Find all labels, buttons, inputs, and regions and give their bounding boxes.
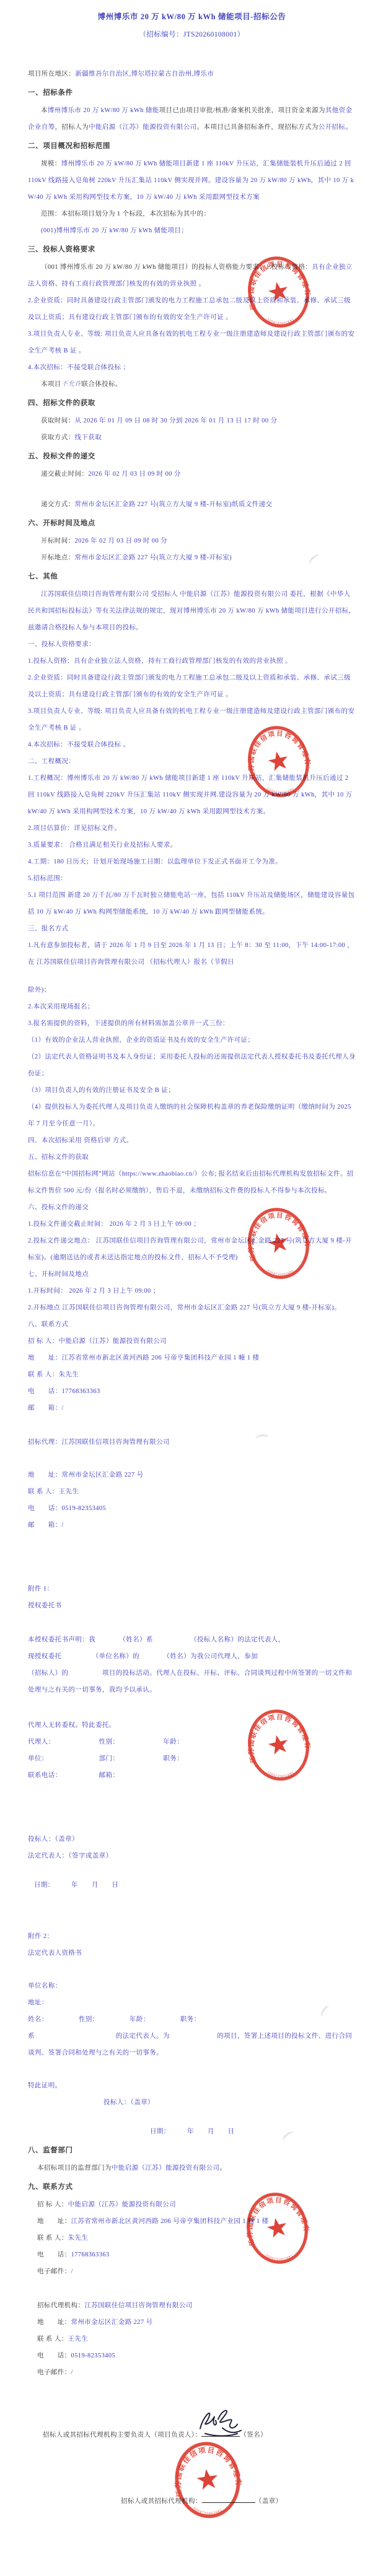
text-run: 附件 1：	[28, 1586, 53, 1592]
doc-paragraph-11: （001 博州博乐市 20 万 kW/80 万 kWh 储能项目）的投标人资格能…	[28, 259, 356, 292]
section-9-header: 九、联系方式	[28, 2178, 356, 2196]
text-run: （2）法定代表人资格证明书及本人身份证；采用委托人投标的还需提供法定代表人授权委…	[28, 1054, 356, 1077]
doc-paragraph-96: 系 的法定代表人。为 的项目，签署上述项目的投标文件、进行合同谈判、签署合同和处…	[28, 2028, 356, 2061]
doc-paragraph-85: 投标人：（盖章）	[28, 1831, 356, 1848]
text-run: 一、招标条件	[28, 89, 73, 97]
doc-paragraph-14: 4.本次招标：不接受联合体投标 ；	[28, 359, 356, 376]
doc-paragraph-37: 4.工期：180 日历天；计划开始现场施工日期：以监理单位下发正式书面开工令为准…	[28, 854, 356, 870]
text-run: 代理人无转委权。特此委托。	[28, 1722, 116, 1729]
text-run: 2.企业资质：同时具备建设行政主管部门颁发的电力工程施工总承包二级及以上资质和承…	[28, 675, 351, 698]
text-run: /	[71, 2369, 73, 2376]
text-run: 本授权委托书声明：我 （姓名）系 （投标人名称）的法定代表人，	[28, 1636, 285, 1643]
doc-paragraph-7: 规模：博州博乐市 20 万 kW/80 万 kWh 储能项目新建 1 座 110…	[28, 155, 356, 206]
doc-paragraph-59: 八、联系方式	[28, 1316, 356, 1333]
text-run: 递交截止时间：	[41, 471, 88, 478]
text-run: 2.开标地点 江苏国联佳信项目咨询管理有限公司，常州市金坛区汇金路 227 号(…	[28, 1304, 341, 1311]
doc-paragraph-24: 开标时间：2026 年 02 月 03 日 09 时 00 分	[28, 533, 356, 549]
blank-gap	[28, 2443, 356, 2493]
text-run: 地址：	[28, 1999, 48, 2006]
blank-gap	[28, 971, 356, 982]
agency-seal-line: 招标人或其招标代理机构：（盖章）	[121, 2493, 356, 2510]
doc-paragraph-71: 邮 箱：/	[28, 1517, 356, 1534]
doc-paragraph-44: 2.本次采用现场报名；	[28, 998, 356, 1015]
text-run: 四、本次招标采用 资格后审 方式。	[28, 1137, 133, 1144]
doc-paragraph-63: 电 话：17768363363	[28, 1383, 356, 1400]
text-run: （001 博州博乐市 20 万 kW/80 万 kWh 储能项目）的投标人资格能…	[41, 264, 312, 271]
doc-paragraph-66: 招标代理：江苏国联佳信项目咨询管理有限公司	[28, 1434, 356, 1451]
text-run: 招标人或其招标代理机构：	[121, 2498, 202, 2505]
doc-paragraph-103: 本招标项目的监督部门为中能启源（江苏）能源投资有限公司。	[37, 2160, 356, 2177]
text-run: 1.工程概况：博州博乐市 20 万 kW/80 万 kWh 储能项目新建 1 座…	[28, 775, 353, 815]
section-3-header: 三、投标人资格要求	[28, 240, 356, 259]
section-1-header: 一、招标条件	[28, 84, 356, 102]
text-run: 现授权委托 （单位名称）的 （姓名）为我公司代理人，参加	[28, 1653, 258, 1660]
blank-gap	[28, 1534, 356, 1581]
doc-paragraph-105: 招 标 人：中能启源（江苏）能源投资有限公司	[37, 2196, 356, 2213]
text-run: 项目已由项目审批/核准/备案机关批准，项目资金来源为	[159, 107, 325, 114]
doc-paragraph-98: 特此证明。	[28, 2077, 356, 2094]
text-run: 。	[219, 2165, 226, 2172]
doc-paragraph-30: 2.企业资质：同时具备建设行政主管部门颁发的电力工程施工总承包二级及以上资质和承…	[28, 670, 356, 703]
text-run: 联 系 人：王先生	[28, 1488, 79, 1495]
text-run: 附件 2：	[28, 1933, 53, 1940]
text-run: 1.投标文件递交截止时间： 2026 年 2 月 3 日上午 09:00 ；	[28, 1221, 200, 1228]
text-run: 王先生	[68, 2336, 89, 2342]
blank-gap	[28, 1893, 356, 1928]
text-run: 电子邮件：	[37, 2268, 71, 2275]
text-run: 本项目	[41, 381, 61, 388]
text-run: （招标人）的 项目的投标活动。代理人在投标、开标、评标、合同谈判过程中所签署的一…	[28, 1670, 352, 1693]
section-8-header: 八、监督部门	[28, 2141, 356, 2160]
text-run: 常州市金坛区汇金路 227 号(筑立方大厦 9 楼-开标室)纸质文件递交	[75, 501, 273, 508]
text-run: 电 话：	[37, 2352, 71, 2359]
doc-paragraph-9: (001)博州博乐市 20 万 kW/80 万 kWh 储能项目；	[28, 222, 356, 239]
text-run: 法定代表人资格书	[28, 1950, 82, 1957]
blank-gap	[28, 2111, 356, 2123]
text-run: 4.工期：180 日历天；计划开始现场施工日期：以监理单位下发正式书面开工令为准…	[28, 858, 282, 865]
text-run: 2.投标文件递交地点： 江苏国联佳信项目咨询管理有限公司，常州市金坛区汇金路 2…	[28, 1238, 352, 1261]
handwritten-signature	[196, 2406, 246, 2438]
doc-paragraph-12: 2.企业资质：同时具备建设行政主管部门颁发的电力工程施工总承包二级及以上资质和承…	[28, 292, 356, 326]
text-run: 招标信息在“中国招标网”网站（https://www.zhaobiao.cn/）…	[28, 1171, 354, 1194]
text-run: 三、投标人资格要求	[28, 246, 95, 253]
text-run: 二、工程概况：	[28, 758, 75, 765]
principal-signature-line: 招标人或其招标代理机构主要负责人（项目负责人）：（签名）	[43, 2427, 356, 2443]
text-run: 范围：本招标项目划分为 1 个标段，本次招标为其中的：	[41, 211, 210, 217]
section-6-header: 六、开标时间及地点	[28, 514, 356, 533]
text-run: 八、监督部门	[28, 2147, 73, 2154]
attachment-2-label: 附件 2：	[28, 1928, 356, 1945]
doc-paragraph-52: 招标信息在“中国招标网”网站（https://www.zhaobiao.cn/）…	[28, 1166, 356, 1199]
doc-paragraph-39: 5.1 项目范围 新建 20 万千瓦/80 万千瓦时独立储能电站一座，包括 11…	[28, 887, 356, 920]
stamp-blank	[202, 2495, 255, 2503]
attachment-2-title: 法定代表人资格书	[28, 1945, 356, 1962]
text-run: 2026 年 02 月 03 日 09 时 00 分	[88, 471, 181, 478]
text-run: 七、开标时间及地点	[28, 1271, 89, 1278]
doc-paragraph-64: 邮 箱：/	[28, 1400, 356, 1417]
text-run: 3.质量要求： 合格且满足相关行业及招标人要求。	[28, 842, 177, 849]
text-run: 招 标 人：	[37, 2201, 68, 2208]
text-run: 日期： 年 月 日	[150, 2128, 234, 2135]
doc-title: 博州博乐市 20 万 kW/80 万 kWh 储能项目-招标公告	[28, 9, 356, 25]
text-run: 3.项目负责人专业、等级: 项目负责人应具备有效的机电工程专业一级注册建造师及建…	[28, 708, 354, 731]
text-run: 项目所在地区：	[28, 71, 75, 77]
text-run: 江苏国联佳信项目咨询管理有限公司 受招标人 中能启源（江苏）能源投资有限公司 委…	[28, 591, 356, 631]
text-run: 六、开标时间及地点	[28, 520, 95, 527]
doc-paragraph-41: 1.凡有意参加投标者，请于 2026 年 1 月 9 日至 2026 年 1 月…	[28, 937, 356, 971]
text-run: 招标代理机构：	[37, 2302, 84, 2309]
doc-paragraph-54: 1.投标文件递交截止时间： 2026 年 2 月 3 日上午 09:00 ；	[28, 1216, 356, 1233]
text-run: 地 址：江苏省常州市新北区黄河西路 206 号帝亨集团科技产业园 1 幢 1 楼	[28, 1355, 259, 1361]
text-run: /	[71, 2268, 73, 2275]
text-run: 联系电话： 邮箱：	[28, 1772, 119, 1779]
signature-blank	[201, 2429, 240, 2437]
text-run: 获取方式：	[41, 434, 75, 441]
doc-paragraph-46: （1）有效的企业法人营业执照、企业的资质证书及有效的安全生产许可证；	[28, 1032, 356, 1049]
doc-paragraph-8: 范围：本招标项目划分为 1 个标段，本次招标为其中的：	[28, 206, 356, 222]
blank-gap	[28, 45, 356, 66]
doc-paragraph-101: 日期： 年 月 日	[150, 2123, 356, 2140]
doc-paragraph-70: 电 话：0519-82353405	[28, 1500, 356, 1517]
text-run: 4.本次招标：不接受联合体投标 ；	[28, 364, 130, 371]
text-run: （4）提供投标人为委托代理人及项目负责人缴纳的社会保障机构盖章的养老保险缴纳证明…	[28, 1104, 351, 1127]
text-run: 地 址：	[37, 2319, 71, 2326]
blank-gap	[28, 1698, 356, 1717]
text-run: 1.开标时间： 2026 年 2 月 3 日上午 09:00 ；	[28, 1288, 160, 1295]
doc-paragraph-83: 联系电话： 邮箱：	[28, 1767, 356, 1784]
text-run: 招标代理：江苏国联佳信项目咨询管理有限公司	[28, 1439, 170, 1446]
doc-paragraph-55: 2.投标文件递交地点： 江苏国联佳信项目咨询管理有限公司，常州市金坛区汇金路 2…	[28, 1233, 356, 1266]
doc-paragraph-61: 地 址：江苏省常州市新北区黄河西路 206 号帝亨集团科技产业园 1 幢 1 楼	[28, 1350, 356, 1366]
text-run: 递交方式：	[41, 501, 75, 508]
doc-paragraph-109: 电子邮件：/	[37, 2263, 356, 2280]
doc-paragraph-32: 4.本次招标：不接受联合体投标 。	[28, 736, 356, 753]
text-run: 1.凡有意参加投标者，请于 2026 年 1 月 9 日至 2026 年 1 月…	[28, 942, 354, 966]
section-2-header: 二、项目概况和招标范围	[28, 137, 356, 155]
text-run: 单位名称：	[28, 1983, 62, 1989]
text-run: （3）项目负责人的有效的注册证书及安全 B 证；	[28, 1087, 175, 1094]
doc-paragraph-34: 1.工程概况：博州博乐市 20 万 kW/80 万 kWh 储能项目新建 1 座…	[28, 770, 356, 820]
text-run: 招 标 人：中能启源（江苏）能源投资有限公司	[28, 1338, 167, 1345]
tender-announcement-document: 博州博乐市 20 万 kW/80 万 kWh 储能项目-招标公告（招标编号：JT…	[0, 0, 378, 2576]
text-run: 线下获取	[75, 434, 102, 441]
doc-paragraph-60: 招 标 人：中能启源（江苏）能源投资有限公司	[28, 1333, 356, 1350]
text-run: 朱先生	[68, 2235, 89, 2242]
text-run: 授权委托书	[28, 1602, 62, 1609]
doc-paragraph-95: 姓名： 性别： 年龄： 职务：	[28, 2011, 356, 2028]
doc-paragraph-22: 递交方式：常州市金坛区汇金路 227 号(筑立方大厦 9 楼-开标室)纸质文件递…	[28, 496, 356, 513]
text-run: 八、联系方式	[28, 1321, 68, 1328]
text-run: 五、投标文件的递交	[28, 453, 95, 460]
text-run: 代理人： 性别： 年龄：	[28, 1739, 183, 1745]
text-run: 4.本次招标：不接受联合体投标 。	[28, 741, 130, 748]
doc-paragraph-93: 单位名称：	[28, 1978, 356, 1994]
text-run: 2.企业资质：同时具备建设行政主管部门颁发的电力工程施工总承包二级及以上资质和承…	[28, 297, 351, 321]
doc-paragraph-88: 日期： 年 月 日	[34, 1877, 356, 1893]
doc-paragraph-47: （2）法定代表人资格证明书及本人身份证；采用委托人投标的还需提供法定代表人授权委…	[28, 1049, 356, 1082]
text-run: 电 话：	[37, 2251, 71, 2258]
text-run: 联合体投标。	[81, 381, 121, 388]
doc-paragraph-113: 联 系 人：王先生	[37, 2331, 356, 2347]
blank-gap	[28, 1451, 356, 1467]
text-run: 电子邮件：	[37, 2369, 71, 2376]
attachment-1-label: 附件 1：	[28, 1581, 356, 1597]
blank-gap	[28, 1614, 356, 1631]
text-run: 姓名： 性别： 年龄： 职务：	[28, 2016, 201, 2023]
text-run: 四、招标文件的获取	[28, 399, 95, 407]
doc-paragraph-45: 3.报名需提供的资料，下述提供的所有材料需加盖公章并一式三份：	[28, 1015, 356, 1032]
doc-paragraph-40: 三、报名方式	[28, 920, 356, 937]
text-run: 常州市金坛区汇金路 227 号(筑立方大厦 9 楼-开标室)	[75, 554, 232, 561]
doc-paragraph-31: 3.项目负责人专业、等级: 项目负责人应具备有效的机电工程专业一级注册建造师及建…	[28, 703, 356, 736]
text-run: 投标人：（盖章）	[103, 2099, 154, 2106]
text-run: 中能启源（江苏）能源投资有限公司	[112, 2165, 219, 2172]
doc-paragraph-36: 3.质量要求： 合格且满足相关行业及招标人要求。	[28, 837, 356, 854]
doc-paragraph-57: 1.开标时间： 2026 年 2 月 3 日上午 09:00 ；	[28, 1283, 356, 1299]
text-run: 3.项目负责人专业、等级: 项目负责人应具备有效的机电工程专业一级注册建造师及建…	[28, 331, 354, 354]
doc-paragraph-43: 除外)；	[28, 982, 356, 998]
doc-paragraph-62: 联 系 人：朱先生	[28, 1366, 356, 1383]
text-run: 本招标项目的监督部门为	[37, 2165, 112, 2172]
doc-paragraph-112: 地 址：常州市金坛区汇金路 227 号	[37, 2314, 356, 2331]
doc-paragraph-48: （3）项目负责人的有效的注册证书及安全 B 证；	[28, 1082, 356, 1099]
project-region: 项目所在地区：新疆维吾尔自治区,博尔塔拉蒙古自治州,博乐市	[28, 66, 356, 82]
text-run: 七、其他	[28, 573, 58, 580]
doc-paragraph-82: 单位： 部门： 职务：	[28, 1750, 356, 1767]
text-run: 1.投标人资格：具有企业独立法人资格，持有工商行政管理部门核发的有效的营业执照 …	[28, 658, 292, 665]
blank-gap	[28, 1864, 356, 1877]
doc-paragraph-81: 代理人： 性别： 年龄：	[28, 1734, 356, 1750]
doc-paragraph-115: 电子邮件：/	[37, 2364, 356, 2381]
text-run: 一、投标人资格要求：	[28, 641, 95, 648]
doc-paragraph-17: 获取时间：从 2026 年 01 月 09 日 08 时 30 分到 2026 …	[28, 413, 356, 429]
text-run: 招标人或其招标代理机构主要负责人（项目负责人）：	[43, 2432, 201, 2438]
attachment-1-title: 授权委托书	[28, 1597, 356, 1614]
text-run: 2.本次采用现场报名；	[28, 1003, 94, 1010]
doc-paragraph-38: 5.招标范围：	[28, 870, 356, 887]
section-7-header: 七、其他	[28, 567, 356, 586]
doc-paragraph-107: 联 系 人：朱先生	[37, 2230, 356, 2246]
text-run: 日期： 年 月 日	[34, 1882, 118, 1888]
text-run: 常州市金坛区汇金路 227 号	[71, 2319, 153, 2326]
text-run: 5.招标范围：	[28, 875, 67, 882]
text-run: （盖章）	[255, 2498, 283, 2505]
text-run: 17768363363	[71, 2251, 110, 2258]
text-run: （招标编号：JTS20260108001）	[139, 31, 244, 38]
blank-gap	[28, 2280, 356, 2297]
doc-paragraph-114: 电 话：0519-82353405	[37, 2347, 356, 2364]
text-run: 邮 箱：/	[28, 1405, 64, 1412]
text-run: 开标时间：	[41, 538, 75, 544]
doc-paragraph-77: 现授权委托 （单位名称）的 （姓名）为我公司代理人，参加	[28, 1648, 356, 1665]
text-run: 开标地点：	[41, 554, 75, 561]
doc-paragraph-53: 六、投标文件的递交	[28, 1199, 356, 1216]
doc-paragraph-78: （招标人）的 项目的投标活动。代理人在投标、开标、评标、合同谈判过程中所签署的一…	[28, 1665, 356, 1698]
doc-paragraph-80: 代理人无转委权。特此委托。	[28, 1717, 356, 1734]
text-run: 本	[41, 107, 48, 114]
text-run: 地 址：常州市金坛区汇金路 227 号	[28, 1472, 144, 1478]
doc-paragraph-99: 投标人：（盖章）	[103, 2094, 356, 2111]
text-run: 五、招标文件的获取	[28, 1154, 89, 1161]
text-run: 联 系 人：	[37, 2235, 68, 2242]
doc-paragraph-68: 地 址：常州市金坛区汇金路 227 号	[28, 1467, 356, 1483]
doc-paragraph-15: 本项目不允许联合体投标。	[28, 376, 356, 393]
text-run: 新疆维吾尔自治区,博尔塔拉蒙古自治州,博乐市	[75, 71, 214, 77]
text-run: 江苏国联佳信项目咨询管理有限公司	[84, 2302, 192, 2309]
text-run: 。	[345, 124, 352, 131]
doc-paragraph-13: 3.项目负责人专业、等级: 项目负责人应具备有效的机电工程专业一级注册建造师及建…	[28, 326, 356, 359]
text-run: 二、项目概况和招标范围	[28, 142, 110, 150]
doc-paragraph-50: 四、本次招标采用 资格后审 方式。	[28, 1132, 356, 1149]
blank-gap	[28, 1784, 356, 1831]
text-run: 3.报名需提供的资料，下述提供的所有材料需加盖公章并一式三份：	[28, 1020, 229, 1027]
doc-paragraph-111: 招标代理机构：江苏国联佳信项目咨询管理有限公司	[37, 2297, 356, 2314]
text-run: 法定代表人：（签字或盖章）	[28, 1853, 112, 1859]
blank-gap	[28, 1417, 356, 1434]
doc-paragraph-58: 2.开标地点 江苏国联佳信项目咨询管理有限公司，常州市金坛区汇金路 227 号(…	[28, 1299, 356, 1316]
text-run: 不允许	[61, 381, 82, 388]
document-body: 博州博乐市 20 万 kW/80 万 kWh 储能项目-招标公告（招标编号：JT…	[28, 9, 356, 2510]
doc-paragraph-18: 获取方式：线下获取	[28, 429, 356, 446]
text-run: 2.项目估算价：详见招标文件。	[28, 825, 121, 832]
text-run: 江苏省常州市新北区黄河西路 206 号帝亨集团科技产业园 1 幢 1 楼	[71, 2218, 269, 2225]
doc-paragraph-49: （4）提供投标人为委托代理人及项目负责人缴纳的社会保障机构盖章的养老保险缴纳证明…	[28, 1099, 356, 1132]
blank-gap	[28, 2381, 356, 2427]
text-run: 单位： 部门： 职务：	[28, 1755, 183, 1762]
text-run: 联 系 人：朱先生	[28, 1371, 79, 1378]
text-run: 六、投标文件的递交	[28, 1204, 89, 1211]
doc-paragraph-27: 江苏国联佳信项目咨询管理有限公司 受招标人 中能启源（江苏）能源投资有限公司 委…	[28, 586, 356, 636]
text-run: 地 址：	[37, 2218, 71, 2225]
text-run: ，招标人为	[55, 124, 89, 131]
doc-paragraph-69: 联 系 人：王先生	[28, 1483, 356, 1500]
text-run: 三、报名方式	[28, 925, 68, 932]
doc-paragraph-86: 法定代表人：（签字或盖章）	[28, 1848, 356, 1864]
text-run: 0519-82353405	[71, 2352, 116, 2359]
text-run: 公开招标	[319, 124, 346, 131]
text-run: 博州博乐市 20 万 kW/80 万 kWh 储能项目-招标公告	[98, 12, 286, 21]
doc-paragraph-56: 七、开标时间及地点	[28, 1266, 356, 1283]
blank-gap	[28, 1962, 356, 1978]
doc-paragraph-94: 地址：	[28, 1994, 356, 2011]
doc-paragraph-76: 本授权委托书声明：我 （姓名）系 （投标人名称）的法定代表人，	[28, 1631, 356, 1648]
doc-paragraph-108: 电 话：17768363363	[37, 2246, 356, 2263]
text-run: 博州博乐市 20 万 kW/80 万 kWh 储能	[48, 107, 159, 114]
doc-paragraph-106: 地 址：江苏省常州市新北区黄河西路 206 号帝亨集团科技产业园 1 幢 1 楼	[37, 2213, 356, 2230]
text-run: 中能启源（江苏）能源投资有限公司	[89, 124, 196, 131]
text-run: 系 的法定代表人。为 的项目，签署上述项目的投标文件、进行合同谈判、签署合同和处…	[28, 2033, 352, 2056]
text-run: 九、联系方式	[28, 2183, 73, 2191]
blank-gap	[28, 2061, 356, 2077]
blank-gap	[28, 482, 356, 496]
text-run: 2026 年 02 月 03 日 09 时 00 分	[75, 538, 168, 544]
doc-paragraph-20: 递交截止时间：2026 年 02 月 03 日 09 时 00 分	[28, 466, 356, 482]
text-run: 博州博乐市 20 万 kW/80 万 kWh 储能项目新建 1 座 110kV …	[28, 160, 354, 201]
doc-paragraph-33: 二、工程概况：	[28, 753, 356, 770]
text-run: 。本项目已具备招标条件，现招标方式为	[197, 124, 319, 131]
section-4-header: 四、招标文件的获取	[28, 394, 356, 413]
text-run: 除外)；	[28, 987, 51, 993]
doc-paragraph-51: 五、招标文件的获取	[28, 1149, 356, 1166]
text-run: (001)博州博乐市 20 万 kW/80 万 kWh 储能项目；	[41, 227, 188, 234]
doc-paragraph-35: 2.项目估算价：详见招标文件。	[28, 820, 356, 837]
text-run: 从 2026 年 01 月 09 日 08 时 30 分到 2026 年 01 …	[75, 417, 278, 424]
text-run: 联 系 人：	[37, 2336, 68, 2342]
doc-paragraph-28: 一、投标人资格要求：	[28, 636, 356, 653]
text-run: 电 话：0519-82353405	[28, 1505, 106, 1512]
tender-number: （招标编号：JTS20260108001）	[28, 25, 356, 45]
text-run: 规模：	[41, 160, 61, 167]
text-run: 投标人：（盖章）	[28, 1836, 79, 1843]
doc-paragraph-5: 本博州博乐市 20 万 kW/80 万 kWh 储能项目已由项目审批/核准/备案…	[28, 102, 356, 136]
text-run: 5.1 项目范围 新建 20 万千瓦/80 万千瓦时独立储能电站一座，包括 11…	[28, 892, 354, 915]
text-run: （1）有效的企业法人营业执照、企业的资质证书及有效的安全生产许可证；	[28, 1037, 254, 1044]
section-5-header: 五、投标文件的递交	[28, 447, 356, 466]
text-run: 特此证明。	[28, 2082, 62, 2089]
text-run: 邮 箱：/	[28, 1522, 64, 1529]
doc-paragraph-25: 开标地点：常州市金坛区汇金路 227 号(筑立方大厦 9 楼-开标室)	[28, 549, 356, 566]
text-run: 电 话：17768363363	[28, 1388, 100, 1395]
text-run: 获取时间：	[41, 417, 75, 424]
doc-paragraph-29: 1.投标人资格：具有企业独立法人资格，持有工商行政管理部门核发的有效的营业执照 …	[28, 653, 356, 670]
text-run: 中能启源（江苏）能源投资有限公司	[68, 2201, 176, 2208]
